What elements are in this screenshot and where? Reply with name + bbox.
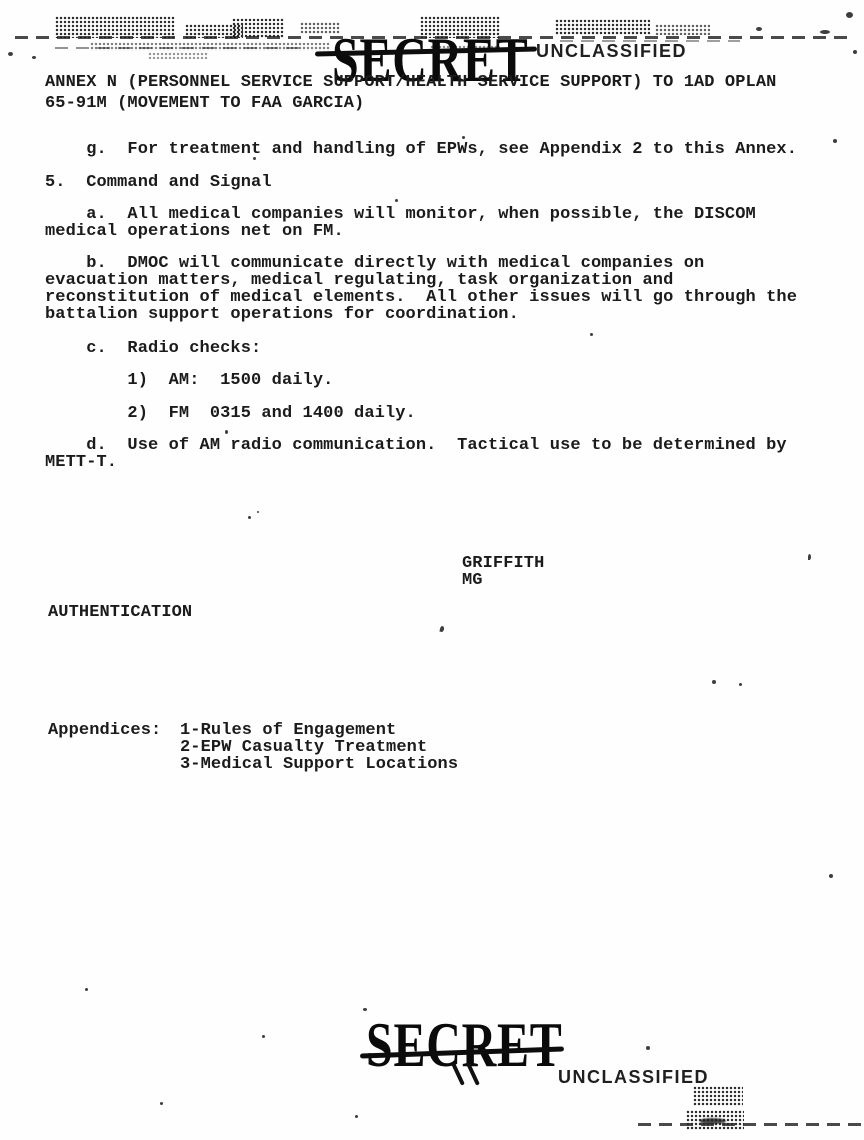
authentication-label: AUTHENTICATION — [48, 604, 192, 621]
appendix-item-3: 3-Medical Support Locations — [180, 756, 458, 773]
annex-title-line2: 65-91M (MOVEMENT TO FAA GARCIA) — [45, 95, 364, 112]
unclassified-label-top: UNCLASSIFIED — [536, 42, 687, 60]
scan-artifact-speck — [160, 1102, 163, 1105]
scan-artifact-smudge — [655, 24, 710, 35]
secret-stamp-bottom: SECRET — [366, 1013, 563, 1077]
scan-artifact-speck — [846, 12, 853, 18]
paragraph-b: b. DMOC will communicate directly with m… — [45, 255, 797, 323]
scan-artifact-speck — [8, 52, 13, 56]
scan-artifact-speck — [85, 988, 88, 991]
scan-artifact-smudge — [55, 16, 175, 38]
scan-artifact-speck — [257, 511, 259, 513]
appendix-item-2: 2-EPW Casualty Treatment — [180, 739, 427, 756]
scan-artifact-speck — [712, 680, 716, 684]
scan-artifact-speck — [808, 554, 811, 560]
scan-artifact-speck — [820, 30, 830, 34]
scan-artifact-speck — [355, 1115, 358, 1118]
scan-artifact-smudge — [232, 18, 284, 38]
scanned-document-page: SECRET UNCLASSIFIED ANNEX N (PERSONNEL S… — [0, 0, 864, 1140]
signature-rank: MG — [462, 572, 483, 589]
scan-artifact-speck — [833, 139, 837, 143]
scan-artifact-smudge — [148, 52, 208, 59]
annex-title-line1: ANNEX N (PERSONNEL SERVICE SUPPORT/HEALT… — [45, 74, 776, 91]
scan-artifact-smudge — [693, 1086, 743, 1106]
scan-artifact-speck — [756, 27, 762, 31]
scan-artifact-speck — [395, 199, 398, 202]
scan-artifact-speck — [646, 1046, 650, 1050]
scan-artifact-speck — [363, 1008, 367, 1011]
scan-artifact-smudge — [90, 42, 330, 51]
scan-artifact-speck — [590, 333, 593, 336]
scan-artifact-speck — [253, 157, 256, 160]
paragraph-c: c. Radio checks: — [45, 340, 261, 357]
signature-name: GRIFFITH — [462, 555, 544, 572]
scan-artifact-smudge — [555, 19, 650, 35]
paragraph-g: g. For treatment and handling of EPWs, s… — [45, 141, 797, 158]
appendices-label: Appendices: — [48, 722, 161, 739]
scan-artifact-speck — [225, 430, 228, 434]
scan-artifact-speck — [462, 136, 465, 139]
scan-artifact-bottom-line — [638, 1123, 864, 1126]
section-5-heading: 5. Command and Signal — [45, 174, 272, 191]
unclassified-label-bottom: UNCLASSIFIED — [558, 1068, 709, 1086]
scan-artifact-speck — [829, 874, 833, 878]
scan-artifact-speck — [739, 683, 742, 686]
scan-artifact-speck — [262, 1035, 265, 1038]
scan-artifact-speck — [32, 56, 36, 59]
paragraph-a: a. All medical companies will monitor, w… — [45, 206, 756, 240]
scan-artifact-speck — [439, 626, 444, 633]
paragraph-c1: 1) AM: 1500 daily. — [45, 372, 333, 389]
appendix-item-1: 1-Rules of Engagement — [180, 722, 396, 739]
scan-artifact-speck — [853, 50, 857, 54]
paragraph-d: d. Use of AM radio communication. Tactic… — [45, 437, 787, 471]
scan-artifact-speck — [248, 516, 251, 519]
paragraph-c2: 2) FM 0315 and 1400 daily. — [45, 405, 416, 422]
